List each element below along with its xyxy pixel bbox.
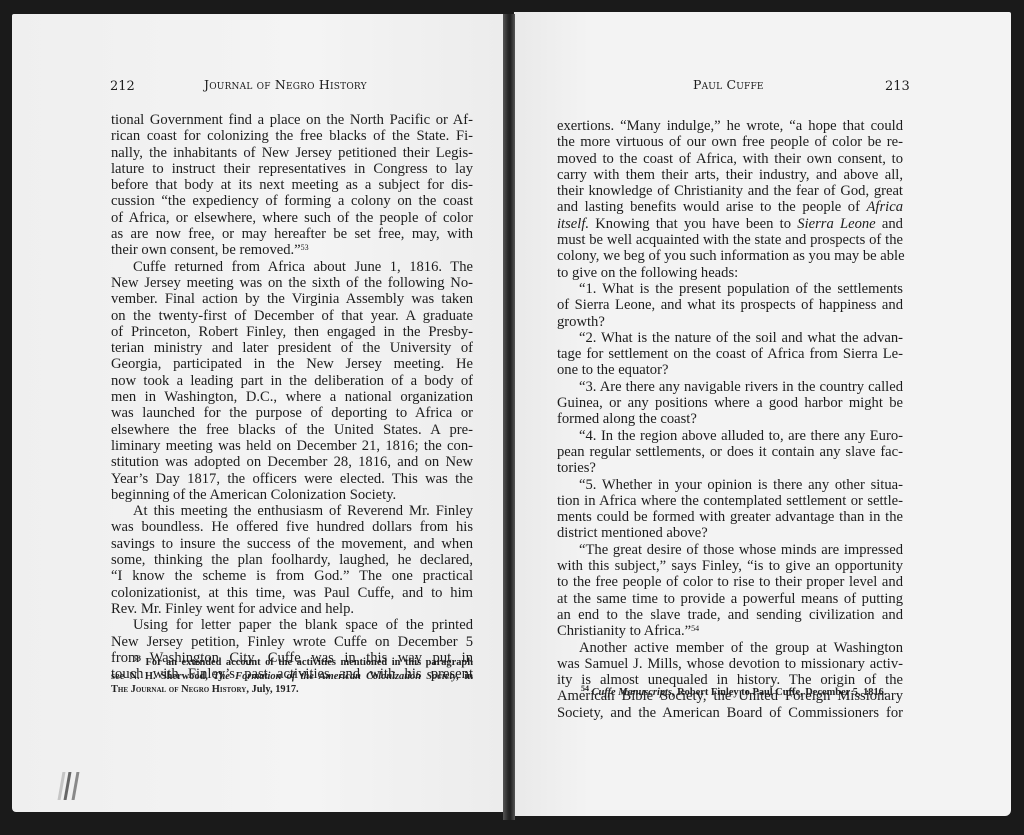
text-line: lature to instruct their representatives… bbox=[111, 161, 473, 177]
text-line: was launched for the purpose of deportin… bbox=[111, 405, 473, 421]
text-line: colonizationist, at this time, was Paul … bbox=[111, 585, 473, 601]
text-line: their own consent, be removed.”53 bbox=[111, 242, 473, 258]
text-line: Another active member of the group at Wa… bbox=[557, 640, 903, 656]
text-line: and lasting benefits would arise to the … bbox=[557, 199, 903, 215]
text-line: tage for settlement on the coast of Afri… bbox=[557, 346, 903, 362]
text-line: one to the equator? bbox=[557, 362, 903, 378]
footnote-text: Robert Finley to Paul Cuffe, December 5,… bbox=[675, 687, 887, 698]
text-line: of Sierra Leone, and what its prospects … bbox=[557, 297, 903, 313]
text-line: tional Government find a place on the No… bbox=[111, 112, 473, 128]
text-line: some, thinking the plan foolhardy, laugh… bbox=[111, 552, 473, 568]
text-line: rican coast for colonizing the free blac… bbox=[111, 128, 473, 144]
italic-place: Africa bbox=[867, 199, 903, 215]
text-line: exertions. “Many indulge,” he wrote, “a … bbox=[557, 118, 903, 134]
text-line: “1. What is the present population of th… bbox=[557, 281, 903, 297]
text-line: vember. Final action by the Virginia Ass… bbox=[111, 291, 473, 307]
text-line: their knowledge of Christianity and the … bbox=[557, 183, 903, 199]
text-line: to the free people of color to rise to t… bbox=[557, 574, 903, 590]
text-line: colony, we beg of you such information a… bbox=[557, 248, 903, 264]
text-line: of Africa, or elsewhere, where such of t… bbox=[111, 210, 473, 226]
footnote-title: The Formation of the American Colonizati… bbox=[213, 671, 459, 682]
footnote-journal: The Journal of Negro History, bbox=[111, 684, 249, 695]
footnote-line: 54 Cuffe Manuscripts, Robert Finley to P… bbox=[581, 686, 903, 700]
page-number-right: 213 bbox=[885, 79, 910, 94]
right-body-text: exertions. “Many indulge,” he wrote, “a … bbox=[557, 118, 903, 721]
footnote-marker: 53 bbox=[133, 654, 141, 663]
text-line: Cuffe returned from Africa about June 1,… bbox=[111, 259, 473, 275]
text-line: pean regular settlements, or does it con… bbox=[557, 444, 903, 460]
text-line: was boundless. He offered five hundred d… bbox=[111, 519, 473, 535]
footnote-text: July, 1917. bbox=[249, 684, 299, 695]
text-line: Christianity to Africa.”54 bbox=[557, 623, 903, 639]
text-line: ments could be formed with greater advan… bbox=[557, 509, 903, 525]
footnote-title: Cuffe Manuscripts, bbox=[592, 687, 675, 698]
text-line: tion in Africa where the contemplated se… bbox=[557, 493, 903, 509]
text-line: the more virtuous of our own free people… bbox=[557, 134, 903, 150]
text-line: an end to the slave trade, and sending c… bbox=[557, 607, 903, 623]
text-line: New Jersey petition, Finley wrote Cuffe … bbox=[111, 634, 473, 650]
text-line: growth? bbox=[557, 314, 903, 330]
text-line: to give on the following heads: bbox=[557, 265, 903, 281]
text-line: tories? bbox=[557, 460, 903, 476]
running-head-right: Paul Cuffe bbox=[693, 77, 764, 92]
text-line: “4. In the region above alluded to, are … bbox=[557, 428, 903, 444]
footnote-text: in bbox=[459, 671, 473, 682]
text-line: formed along the coast? bbox=[557, 411, 903, 427]
text-line: was Samuel J. Mills, whose devotion to m… bbox=[557, 656, 903, 672]
text-line: liminary meeting was held on December 21… bbox=[111, 438, 473, 454]
text-line: before that body at its next meeting as … bbox=[111, 177, 473, 193]
text-line: with this subject,” says Finley, “is to … bbox=[557, 558, 903, 574]
text-line: terian ministry and later president of t… bbox=[111, 340, 473, 356]
text-line: carry with them their arts, their indust… bbox=[557, 167, 903, 183]
text-line: of Princeton, Robert Finley, then engage… bbox=[111, 324, 473, 340]
text-line: “5. Whether in your opinion is there any… bbox=[557, 477, 903, 493]
text-line: on the twenty-first of December of that … bbox=[111, 308, 473, 324]
text-line: “2. What is the nature of the soil and w… bbox=[557, 330, 903, 346]
text-line: At this meeting the enthusiasm of Revere… bbox=[111, 503, 473, 519]
footnote-ref: 54 bbox=[691, 624, 699, 633]
text-line: district mentioned above? bbox=[557, 525, 903, 541]
footnote-54: 54 Cuffe Manuscripts, Robert Finley to P… bbox=[557, 686, 903, 700]
text-line: at the same time to provide a powerful m… bbox=[557, 591, 903, 607]
text-line: men in Washington, D.C., where a nationa… bbox=[111, 389, 473, 405]
text-line: New Jersey meeting was on the sixth of t… bbox=[111, 275, 473, 291]
footnote-text: For an extended account of the activitie… bbox=[146, 657, 473, 668]
text-line: “I know the scheme is from God.” The one… bbox=[111, 568, 473, 584]
page-number-left: 212 bbox=[110, 79, 135, 94]
footnote-line: The Journal of Negro History, July, 1917… bbox=[111, 683, 473, 697]
footnote-ref: 53 bbox=[301, 243, 309, 252]
text-line: beginning of the American Colonization S… bbox=[111, 487, 473, 503]
text-line: must be well acquainted with the state a… bbox=[557, 232, 903, 248]
text-line: nally, the inhabitants of New Jersey pet… bbox=[111, 145, 473, 161]
italic-place: Sierra Leone bbox=[797, 216, 875, 232]
footnote-text: see N. H. Sherwood, bbox=[111, 671, 213, 682]
text-line: cussion “the expediency of forming a col… bbox=[111, 193, 473, 209]
running-head-left: Journal of Negro History bbox=[204, 77, 367, 92]
text-line: stitution was adopted on December 28, 18… bbox=[111, 454, 473, 470]
footnote-53: 53 For an extended account of the activi… bbox=[111, 656, 473, 697]
text-line: Georgia, participated in the New Jersey … bbox=[111, 356, 473, 372]
text-line: elsewhere the free blacks of the United … bbox=[111, 422, 473, 438]
footnote-marker: 54 bbox=[581, 684, 589, 693]
left-body-text: tional Government find a place on the No… bbox=[111, 112, 473, 682]
text-line: itself. Knowing that you have been to Si… bbox=[557, 216, 903, 232]
text-line: Using for letter paper the blank space o… bbox=[111, 617, 473, 633]
text-line: “3. Are there any navigable rivers in th… bbox=[557, 379, 903, 395]
text-line: savings to insure the success of the mov… bbox=[111, 536, 473, 552]
text-line: Guinea, or any positions where a good ha… bbox=[557, 395, 903, 411]
footnote-line: 53 For an extended account of the activi… bbox=[111, 656, 473, 670]
text-line: Society, and the American Board of Commi… bbox=[557, 705, 903, 721]
text-line: moved to the coast of Africa, with their… bbox=[557, 151, 903, 167]
book-gutter bbox=[503, 14, 515, 820]
text-line: as are now free, or may hereafter be set… bbox=[111, 226, 473, 242]
text-line: now took a leading part in the deliberat… bbox=[111, 373, 473, 389]
text-line: Year’s Day 1817, the officers were elect… bbox=[111, 471, 473, 487]
footnote-line: see N. H. Sherwood, The Formation of the… bbox=[111, 670, 473, 684]
text-line: “The great desire of those whose minds a… bbox=[557, 542, 903, 558]
text-line: Rev. Mr. Finley went for advice and help… bbox=[111, 601, 473, 617]
